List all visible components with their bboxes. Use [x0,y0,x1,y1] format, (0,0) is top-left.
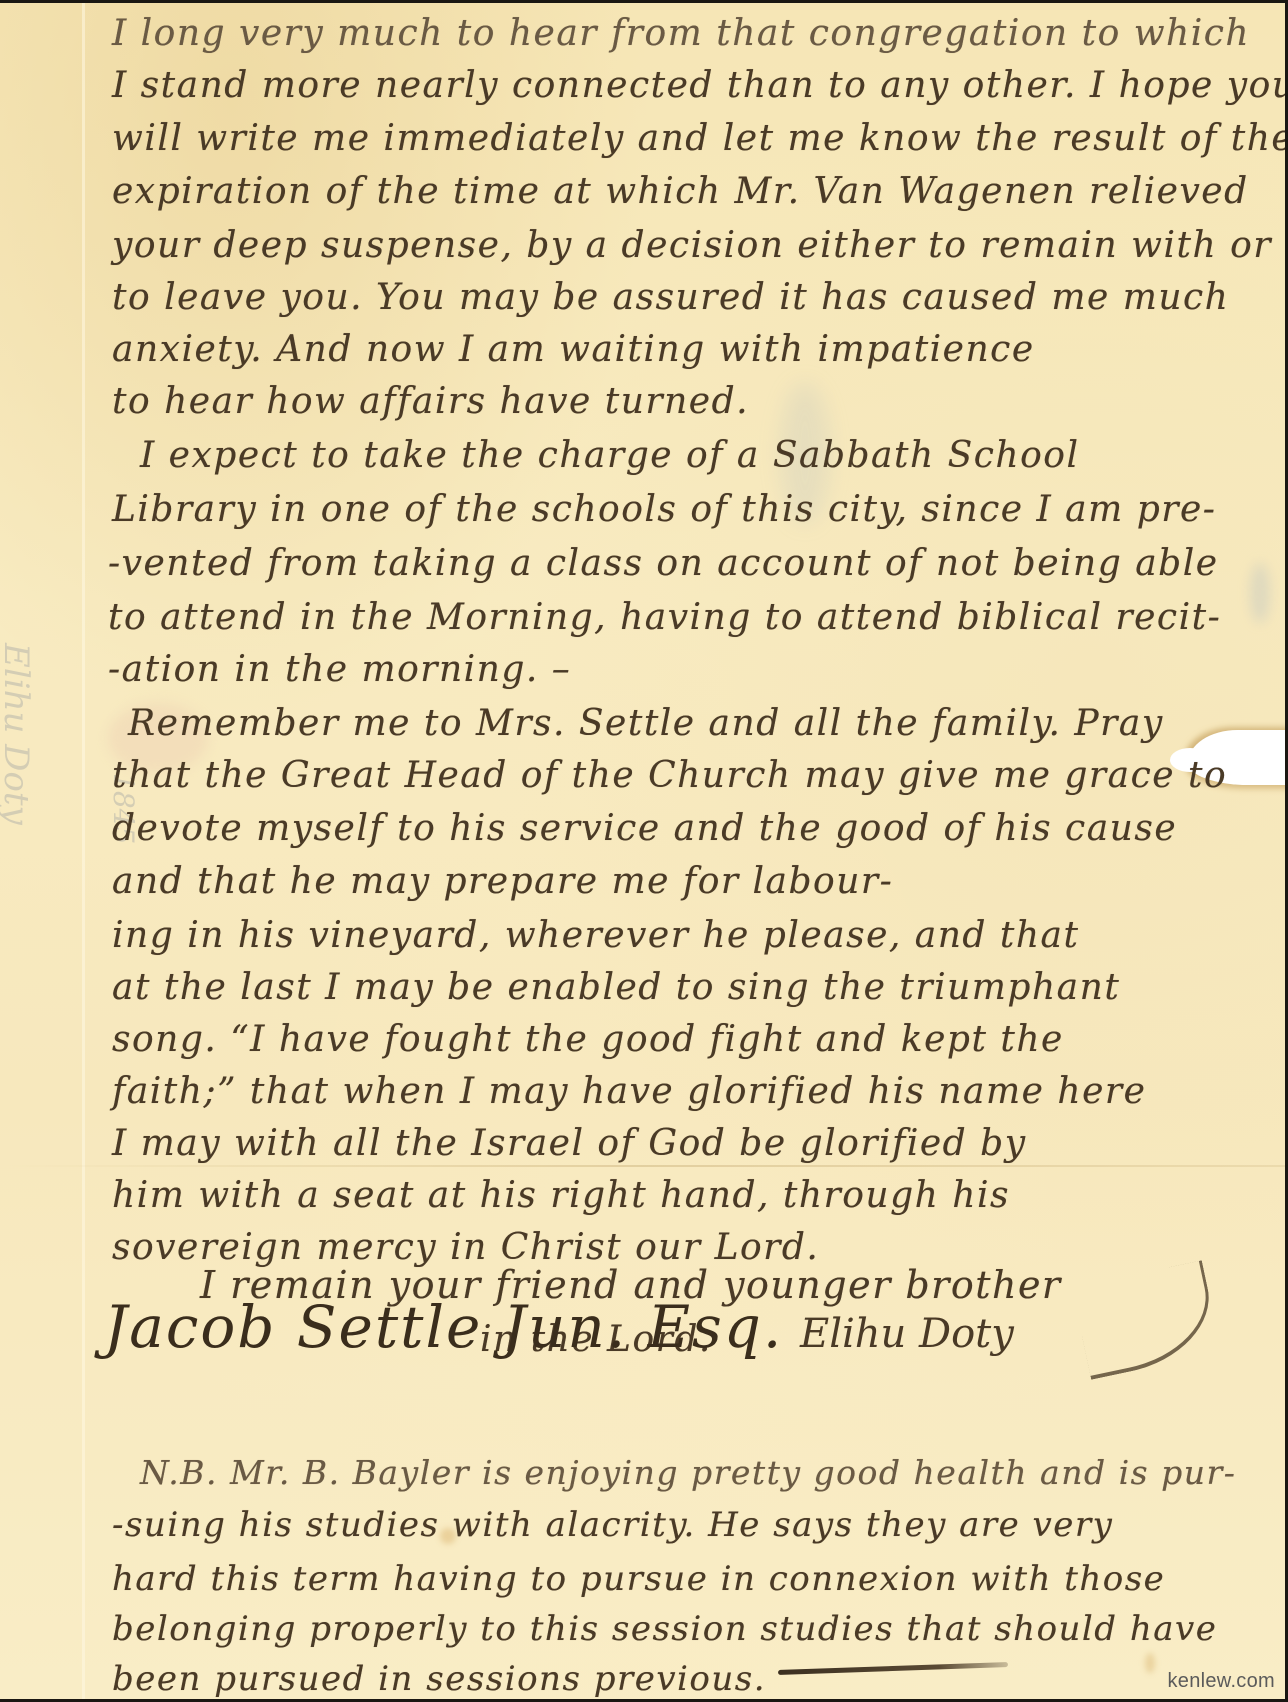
signature-flourish [1072,1260,1222,1380]
body-line: ing in his vineyard, wherever he please,… [112,915,1080,956]
body-line: I stand more nearly connected than to an… [112,65,1285,106]
body-line: anxiety. And now I am waiting with impat… [112,329,1035,370]
body-line: that the Great Head of the Church may gi… [112,755,1227,796]
body-line: Library in one of the schools of this ci… [112,489,1216,530]
addressee: Jacob Settle Jun. Esq. [104,1293,783,1361]
letter-page: Elihu Doty 1845 I long very much to hear… [0,3,1285,1699]
body-line: sovereign mercy in Christ our Lord. [112,1227,819,1268]
body-line: to leave you. You may be assured it has … [112,277,1229,318]
watermark: kenlew.com [1168,1670,1276,1693]
body-line: Remember me to Mrs. Settle and all the f… [128,703,1164,744]
body-line: him with a seat at his right hand, throu… [112,1175,1010,1216]
body-line: to attend in the Morning, having to atte… [108,597,1221,638]
body-line: and that he may prepare me for labour- [112,861,893,902]
body-line: expiration of the time at which Mr. Van … [112,171,1249,212]
postscript-line: N.B. Mr. B. Bayler is enjoying pretty go… [140,1453,1236,1492]
body-line: to hear how affairs have turned. [112,381,749,422]
body-line: devote myself to his service and the goo… [112,808,1177,849]
postscript-line: hard this term having to pursue in conne… [112,1559,1165,1599]
body-line: I may with all the Israel of God be glor… [112,1123,1027,1164]
body-line: your deep suspense, by a decision either… [112,225,1272,266]
body-line: I expect to take the charge of a Sabbath… [140,435,1079,476]
postscript-line: belonging properly to this session studi… [112,1609,1217,1649]
postscript-line: -suing his studies with alacrity. He say… [112,1505,1113,1545]
body-line: song. “I have fought the good fight and … [112,1019,1064,1060]
body-line: I long very much to hear from that congr… [112,13,1250,54]
closing-dash [778,1662,1008,1675]
postscript-line: been pursued in sessions previous. [112,1659,766,1699]
body-line: at the last I may be enabled to sing the… [112,967,1120,1008]
letter-body: I long very much to hear from that congr… [0,3,1285,1699]
signature: Elihu Doty [800,1311,1014,1357]
body-line: -ation in the morning. – [108,649,571,690]
body-line: will write me immediately and let me kno… [112,118,1285,159]
body-line: -vented from taking a class on account o… [108,543,1219,584]
body-line: faith;” that when I may have glorified h… [112,1071,1146,1112]
